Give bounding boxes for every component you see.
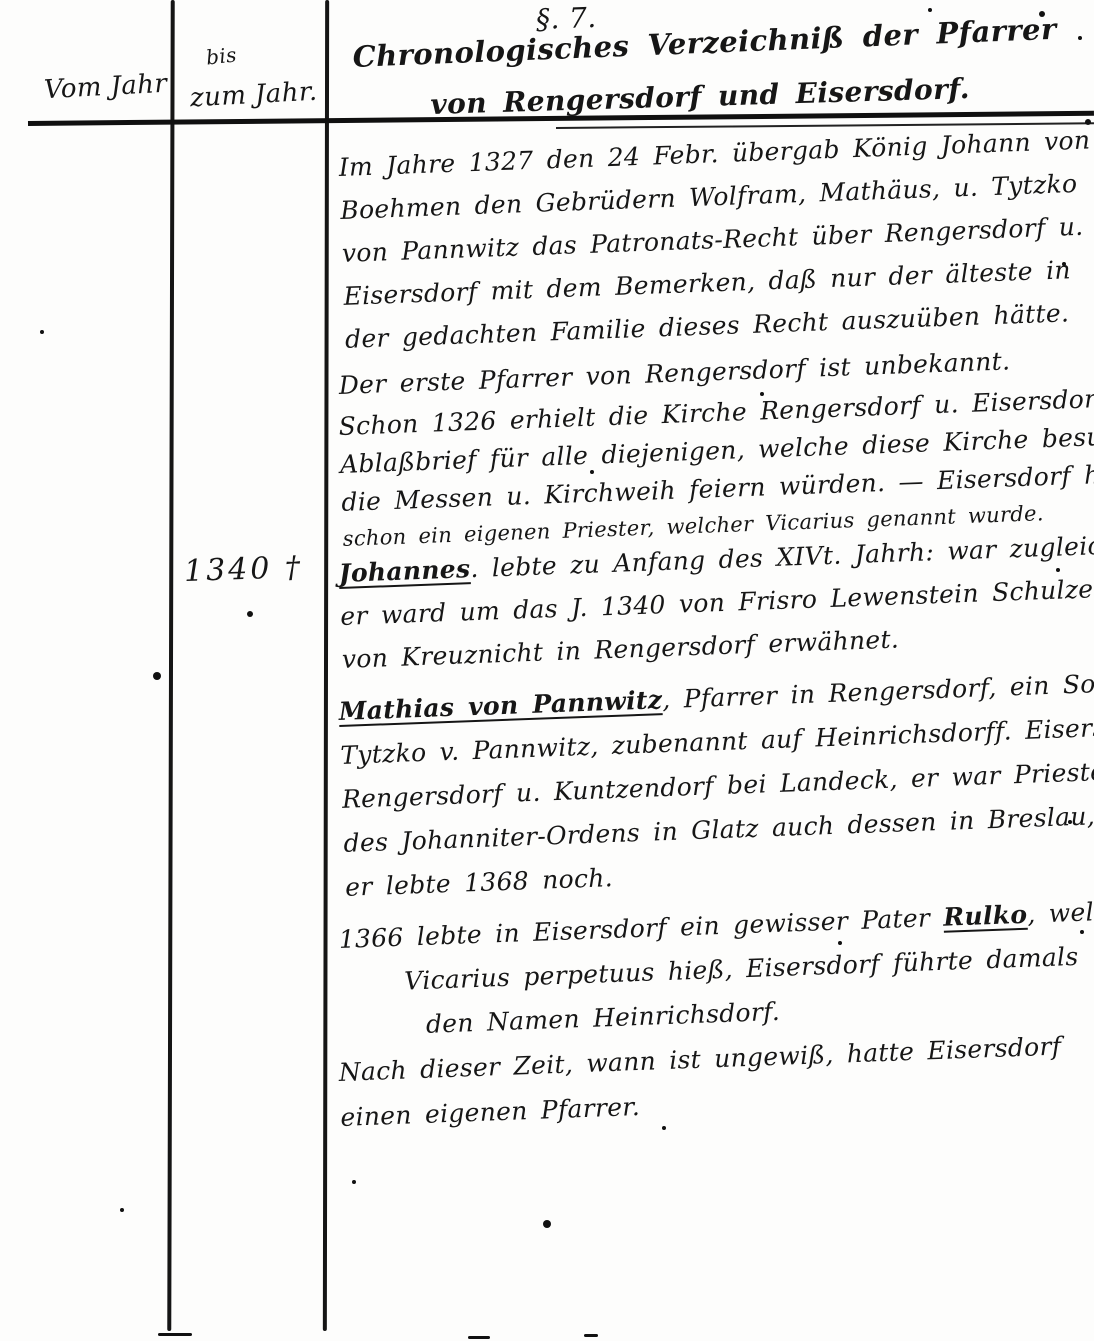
manuscript-page: §. 7. Chronologisches Verzeichniß der Pf… — [0, 0, 1094, 1341]
paragraph-mathias-von-pannwitz: Mathias von Pannwitz, Pfarrer in Rengers… — [338, 663, 1086, 910]
page-title-line1: Chronologisches Verzeichniß der Pfarrer — [352, 12, 1057, 74]
margin-year-1340-entry: 1340 † — [183, 550, 303, 589]
column-header-from-year: Vom Jahr — [43, 69, 168, 105]
table-rule-vertical-left — [167, 0, 174, 1331]
paragraph-1327-patronage: Im Jahre 1327 den 24 Febr. übergab König… — [338, 119, 1085, 361]
pastor-name-johannes: Johannes — [338, 554, 471, 588]
pastor-name-rulko: Rulko — [943, 900, 1028, 932]
scan-edge-mark — [468, 1336, 490, 1339]
scan-edge-mark — [158, 1333, 192, 1336]
column-header-until-year: zum Jahr. — [189, 77, 318, 114]
scan-noise-specks — [0, 0, 4, 4]
text-segment: , welcher — [1027, 895, 1094, 929]
scan-edge-mark — [584, 1334, 598, 1337]
column-header-bis: bis — [205, 42, 238, 69]
paragraph-johannes: Johannes. lebte zu Anfang des XIVt. Jahr… — [338, 525, 1082, 681]
table-rule-vertical-right — [323, 0, 329, 1331]
text-segment: , Pfarrer in Rengersdorf, ein Sohn des — [662, 666, 1094, 714]
pastor-name-mathias-von-pannwitz: Mathias von Pannwitz — [338, 685, 662, 726]
